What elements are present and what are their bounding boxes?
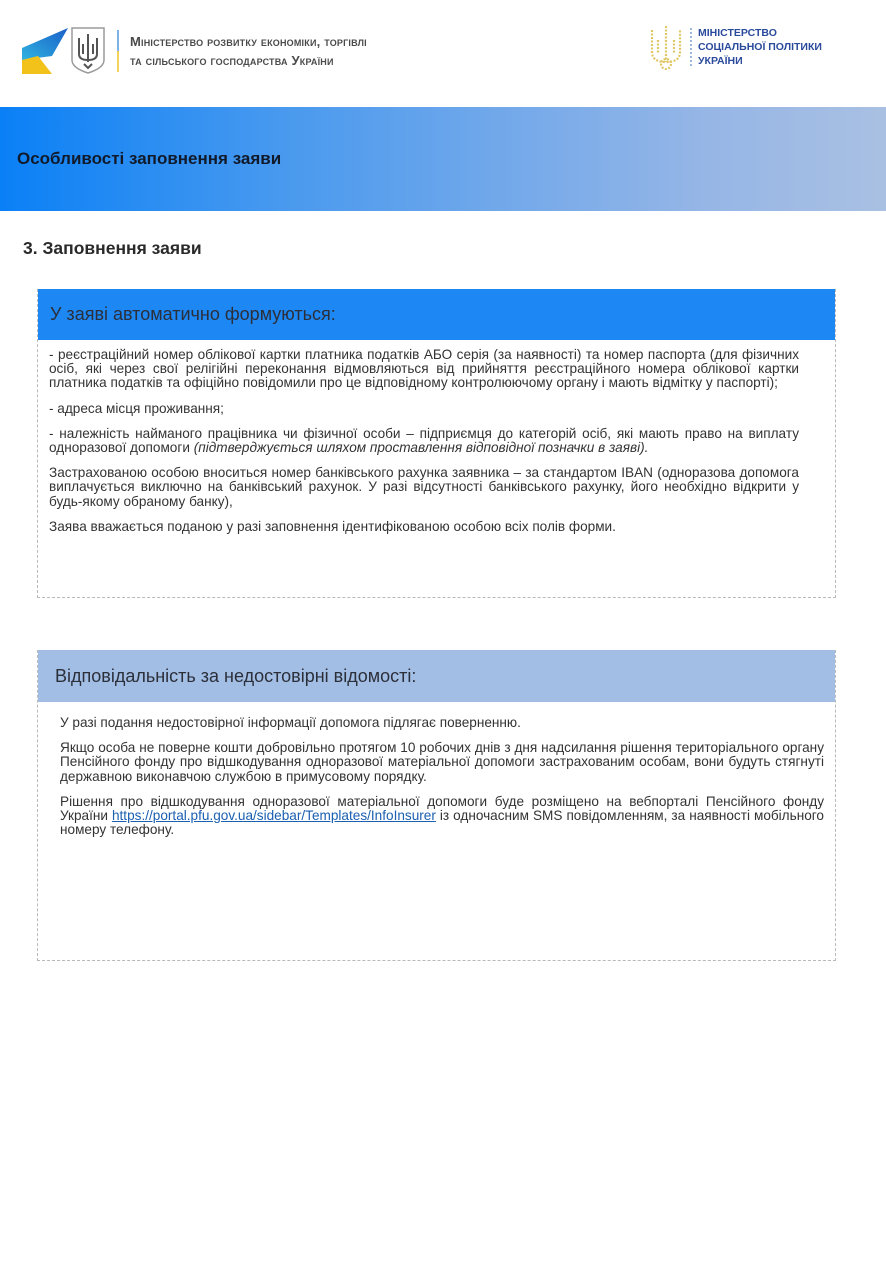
- golden-trident-icon: [648, 22, 684, 72]
- paragraph: - належність найманого працівника чи фіз…: [49, 427, 799, 455]
- card-header: Відповідальність за недостовірні відомос…: [38, 650, 835, 702]
- paragraph: Рішення про відшкодування одноразової ма…: [60, 795, 824, 838]
- banner-title: Особливості заповнення заяви: [17, 149, 281, 169]
- liability-card: Відповідальність за недостовірні відомос…: [37, 650, 836, 961]
- pfu-portal-link[interactable]: https://portal.pfu.gov.ua/sidebar/Templa…: [112, 808, 436, 823]
- ministry-social-name: МІНІСТЕРСТВО СОЦІАЛЬНОЇ ПОЛІТИКИ УКРАЇНИ: [698, 26, 822, 68]
- paragraph: Заява вважається поданою у разі заповнен…: [49, 520, 799, 534]
- italic-note: (підтверджується шляхом проставлення від…: [194, 440, 649, 455]
- auto-fields-card: У заяві автоматично формуються: - реєстр…: [37, 289, 836, 598]
- paragraph: - реєстраційний номер облікової картки п…: [49, 348, 799, 391]
- ministry-economy-logo-icon: [22, 26, 68, 74]
- section-title: 3. Заповнення заяви: [23, 238, 202, 259]
- card-header: У заяві автоматично формуються:: [38, 289, 835, 340]
- logo-separator: [117, 30, 119, 72]
- paragraph: Застрахованою особою вноситься номер бан…: [49, 466, 799, 509]
- paragraph: Якщо особа не поверне кошти добровільно …: [60, 741, 824, 784]
- paragraph: У разі подання недостовірної інформації …: [60, 716, 824, 730]
- logo-separator: [690, 28, 694, 66]
- paragraph: - адреса місця проживання;: [49, 402, 799, 416]
- ministry-economy-name: Міністерство розвитку економіки, торгівл…: [130, 32, 367, 70]
- coat-of-arms-trident-icon: [70, 26, 106, 74]
- card-body: - реєстраційний номер облікової картки п…: [38, 340, 835, 534]
- card-body: У разі подання недостовірної інформації …: [38, 702, 835, 837]
- title-banner: Особливості заповнення заяви: [0, 107, 886, 211]
- page-header: Міністерство розвитку економіки, торгівл…: [0, 0, 886, 105]
